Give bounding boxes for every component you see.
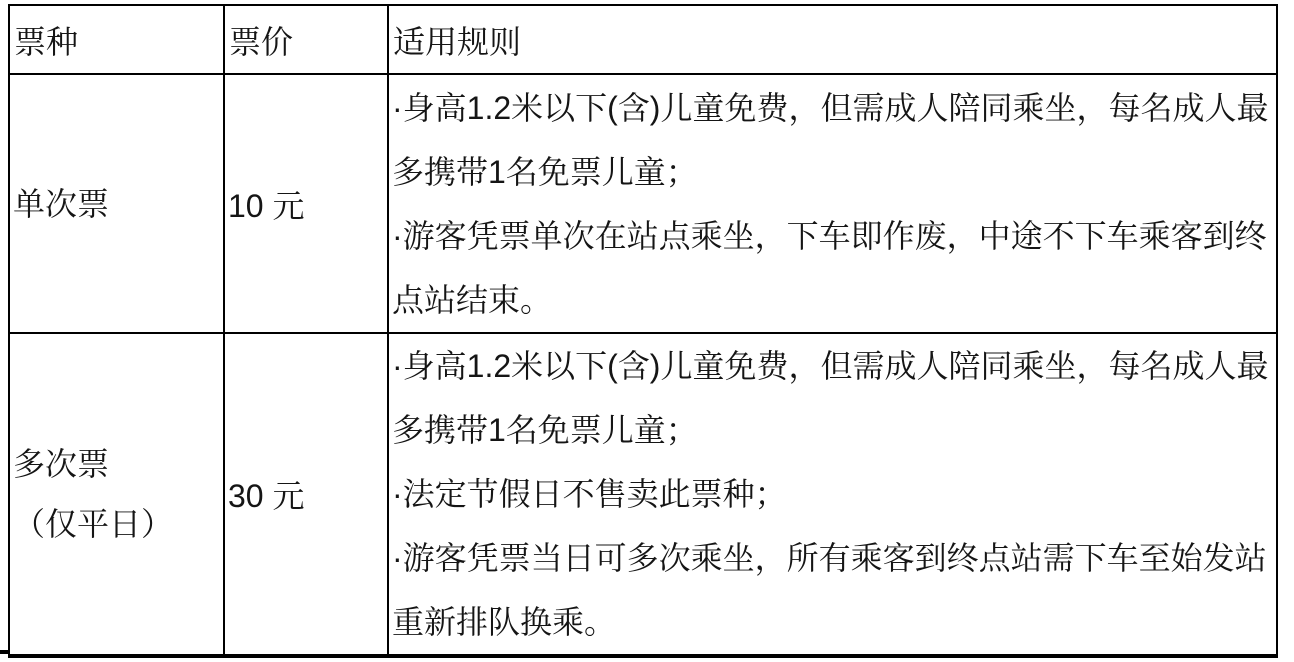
column-header-applicable-rules: 适用规则 [388,5,1277,74]
ticket-type-cell: 单次票 [9,74,224,333]
rule-item: ·身高1.2米以下(含)儿童免费，但需成人陪同乘坐，每名成人最多携带1名免票儿童… [392,334,1272,462]
rule-item: ·法定节假日不售卖此票种； [392,462,1272,526]
rule-item: ·身高1.2米以下(含)儿童免费，但需成人陪同乘坐，每名成人最多携带1名免票儿童… [392,76,1272,204]
rule-item: ·游客凭票当日可多次乘坐，所有乘客到终点站需下车至始发站重新排队换乘。 [392,526,1272,654]
column-header-ticket-price: 票价 [224,5,388,74]
ticket-price-cell: 10 元 [224,74,388,333]
fare-rules-table: 票种 票价 适用规则 单次票 10 元 ·身高1.2米以下(含)儿童免费，但需成… [8,4,1278,658]
ticket-type-cell: 多次票 （仅平日） [9,333,224,656]
ticket-price-cell: 30 元 [224,333,388,656]
column-header-ticket-type: 票种 [9,5,224,74]
table-row-single-ticket: 单次票 10 元 ·身高1.2米以下(含)儿童免费，但需成人陪同乘坐，每名成人最… [9,74,1277,333]
ticket-rules-cell: ·身高1.2米以下(含)儿童免费，但需成人陪同乘坐，每名成人最多携带1名免票儿童… [388,333,1277,656]
ticket-type-line: 多次票 [13,434,220,494]
table-row-multi-ticket: 多次票 （仅平日） 30 元 ·身高1.2米以下(含)儿童免费，但需成人陪同乘坐… [9,333,1277,656]
page: { "colors": { "background": "#ffffff", "… [0,0,1294,662]
table-bottom-border [0,650,10,654]
table-header-row: 票种 票价 适用规则 [9,5,1277,74]
ticket-type-line: 单次票 [13,174,220,234]
ticket-rules-cell: ·身高1.2米以下(含)儿童免费，但需成人陪同乘坐，每名成人最多携带1名免票儿童… [388,74,1277,333]
ticket-type-line: （仅平日） [13,494,220,554]
rule-item: ·游客凭票单次在站点乘坐，下车即作废，中途不下车乘客到终点站结束。 [392,204,1272,332]
